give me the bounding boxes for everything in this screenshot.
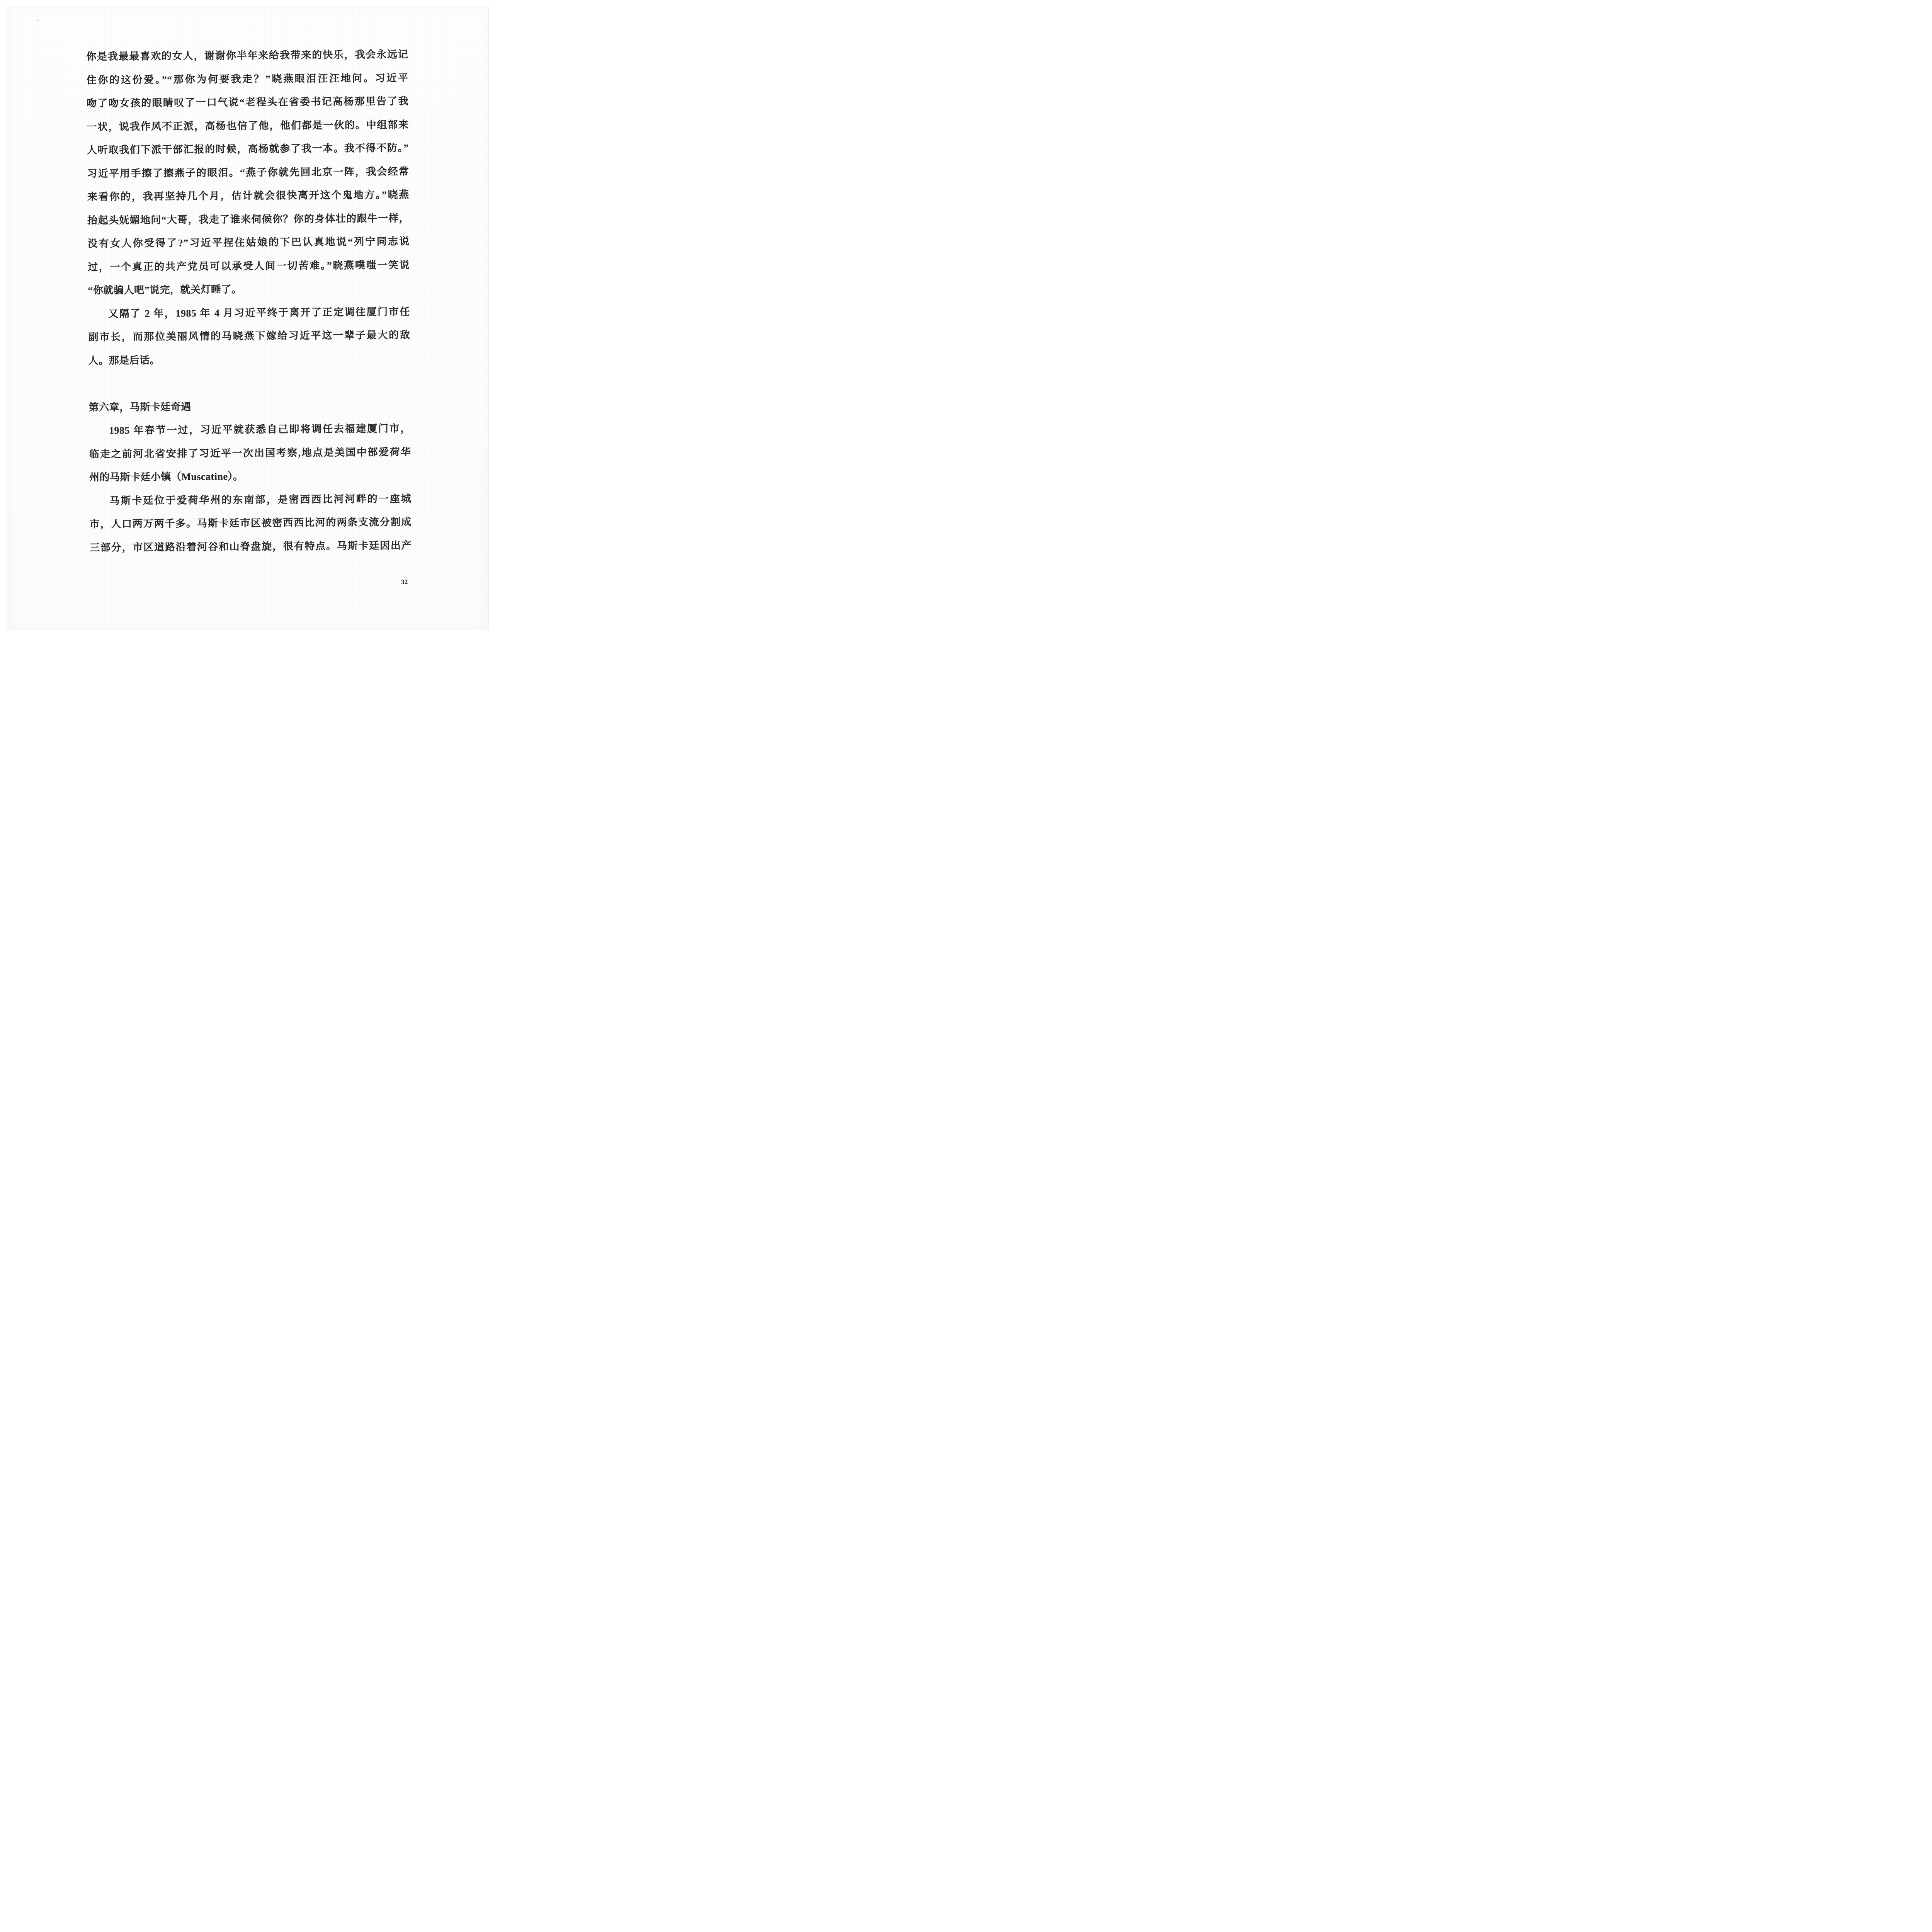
text-line: 人听取我们下派干部汇报的时候，高杨就参了我一本。我不得不防。”: [87, 136, 409, 162]
text-line: 三部分，市区道路沿着河谷和山脊盘旋，很有特点。马斯卡廷因出产: [90, 534, 412, 560]
text-line: 来看你的，我再坚持几个月，估计就会很快离开这个鬼地方。”晓燕: [87, 183, 409, 209]
text-line: 吻了吻女孩的眼睛叹了一口气说“老程头在省委书记高杨那里告了我: [87, 90, 408, 115]
text-line: 人。那是后话。: [88, 347, 410, 372]
text-line: 抬起头妩媚地问“大哥，我走了谁来伺候你？你的身体壮的跟牛一样，: [87, 207, 409, 232]
text-line: 1985 年春节一过，习近平就获悉自己即将调任去福建厦门市，: [89, 417, 411, 442]
document-text: 你是我最最喜欢的女人，谢谢你半年来给我带来的快乐，我会永远记住你的这份爱。”“那…: [86, 43, 412, 560]
text-line: 市，人口两万两千多。马斯卡廷市区被密西西比河的两条支流分割成: [90, 510, 412, 536]
text-line: 一状，说我作风不正派，高杨也信了他，他们都是一伙的。中组部来: [87, 113, 408, 139]
page-number: 32: [397, 570, 412, 594]
text-line: 州的马斯卡廷小镇（Muscatine）。: [89, 464, 411, 489]
text-line: 副市长，而那位美丽风情的马晓燕下嫁给习近平这一辈子最大的敌: [88, 323, 410, 349]
text-line: 又隔了 2 年，1985 年 4 月习近平终于离开了正定调往厦门市任: [88, 300, 410, 326]
chapter-heading: 第六章，马斯卡廷奇遇: [88, 394, 410, 419]
text-line: 没有女人你受得了?”习近平捏住姑娘的下巴认真地说“列宁同志说: [87, 230, 409, 255]
scan-skew-layer: 你是我最最喜欢的女人，谢谢你半年来给我带来的快乐，我会永远记住你的这份爱。”“那…: [0, 0, 495, 637]
text-line: “你就骗人吧”说完，就关灯睡了。: [88, 277, 410, 302]
text-line: 习近平用手擦了擦燕子的眼泪。“燕子你就先回北京一阵，我会经常: [87, 160, 409, 185]
text-line: 你是我最最喜欢的女人，谢谢你半年来给我带来的快乐，我会永远记: [86, 43, 408, 68]
text-line: 临走之前河北省安排了习近平一次出国考察,地点是美国中部爱荷华: [89, 440, 411, 466]
text-line: 过，一个真正的共产党员可以承受人间一切苦难。”晓燕噗嗤一笑说: [88, 253, 410, 279]
text-line: 住你的这份爱。”“那你为何要我走？”晓燕眼泪汪汪地问。习近平: [87, 66, 408, 92]
scanned-page-canvas: 你是我最最喜欢的女人，谢谢你半年来给我带来的快乐，我会永远记住你的这份爱。”“那…: [0, 0, 495, 637]
text-line: 马斯卡廷位于爱荷华州的东南部，是密西西比河河畔的一座城: [89, 487, 411, 513]
